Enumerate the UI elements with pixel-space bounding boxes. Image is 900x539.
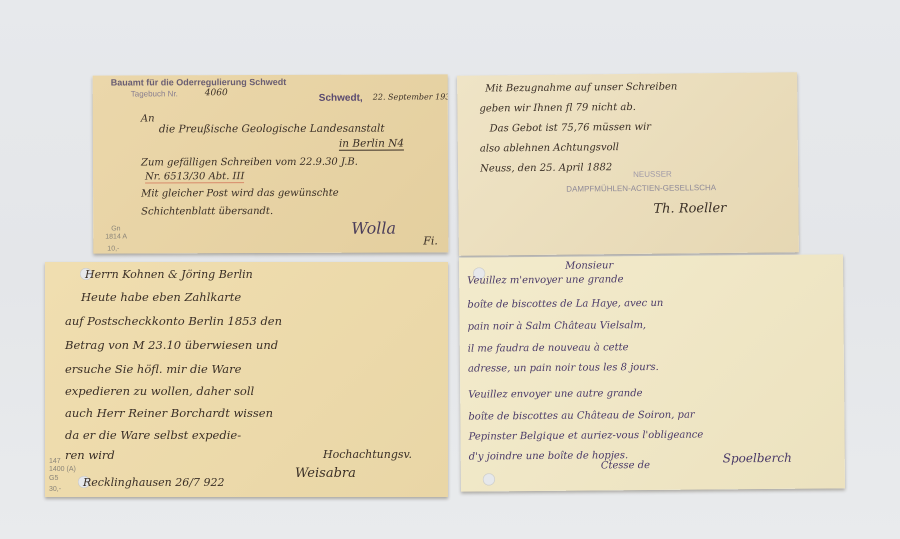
pencil-note: 1400 (A) — [49, 466, 76, 473]
punch-hole — [483, 473, 495, 485]
place-stamp: Schwedt, — [319, 93, 363, 104]
letter-line: die Preußische Geologische Landesanstalt — [159, 123, 385, 136]
letter-line: Neuss, den 25. April 1882 — [480, 162, 612, 174]
pencil-note: 147 — [49, 458, 61, 465]
letter-line: Pepinster Belgique et auriez-vous l'obli… — [469, 430, 704, 443]
letter-line: Herrn Kohnen & Jöring Berlin — [85, 268, 253, 281]
signature-prefix: Ctesse de — [601, 460, 650, 471]
tagebuch-number: 4060 — [205, 88, 228, 98]
letter-line: da er die Ware selbst expedie- — [65, 428, 241, 442]
letter-line: also ablehnen Achtungsvoll — [480, 142, 619, 154]
postcard-schwedt: Bauamt für die Oderregulierung Schwedt T… — [93, 74, 449, 253]
letter-line: il me faudra de nouveau à cette — [468, 342, 629, 354]
company-stamp-line2: DAMPFMÜHLEN-ACTIEN-GESELLSCHA — [566, 183, 716, 194]
letter-line: auch Herr Reiner Borchardt wissen — [65, 406, 273, 420]
pencil-note: Gn — [111, 226, 120, 233]
letter-line: An — [141, 113, 155, 124]
pencil-note: G5 — [49, 475, 58, 482]
signature: Th. Roeller — [653, 201, 726, 217]
letter-line: Betrag von M 23.10 überwiesen und — [65, 338, 278, 352]
postcard-spoelberch: Monsieur Veuillez m'envoyer une grande b… — [459, 254, 845, 491]
letter-line: Heute habe eben Zahlkarte — [81, 290, 241, 304]
letter-line: ren wird — [65, 448, 115, 462]
signature: Wolla — [351, 219, 396, 238]
letter-line: Nr. 6513/30 Abt. III — [145, 171, 244, 183]
signature: Spoelberch — [723, 451, 792, 466]
letter-line: expedieren zu wollen, daher soll — [65, 384, 254, 398]
postcard-recklinghausen: Herrn Kohnen & Jöring Berlin Heute habe … — [45, 262, 448, 497]
pencil-note: 30,- — [49, 486, 61, 493]
letter-line: Das Gebot ist 75,76 müssen wir — [490, 122, 652, 135]
letter-line: boîte de biscottes de La Haye, avec un — [467, 298, 663, 311]
office-stamp: Bauamt für die Oderregulierung Schwedt — [111, 77, 287, 88]
closing: Hochachtungsv. — [323, 448, 412, 461]
letter-line: geben wir Ihnen fl 79 nicht ab. — [479, 102, 636, 115]
tagebuch-label: Tagebuch Nr. — [131, 89, 178, 98]
pencil-note: 10,- — [107, 246, 119, 253]
letter-line: adresse, un pain noir tous les 8 jours. — [468, 362, 659, 375]
letter-line: Mit gleicher Post wird das gewünschte — [141, 188, 339, 200]
letter-line: Zum gefälligen Schreiben vom 22.9.30 J.B… — [141, 157, 358, 169]
letter-line: in Berlin N4 — [339, 138, 404, 151]
letter-line: ersuche Sie höfl. mir die Ware — [65, 362, 241, 376]
company-stamp-line1: NEUSSER — [633, 170, 672, 179]
signature: Weisabra — [295, 466, 356, 481]
letter-line: Mit Bezugnahme auf unser Schreiben — [485, 81, 677, 94]
letter-line: auf Postscheckkonto Berlin 1853 den — [65, 314, 282, 328]
place-date: Recklinghausen 26/7 922 — [83, 476, 224, 489]
letter-line: Veuillez m'envoyer une grande — [467, 274, 623, 286]
postcard-neuss: Mit Bezugnahme auf unser Schreiben geben… — [457, 72, 799, 256]
greeting: Monsieur — [565, 260, 613, 271]
letter-line: pain noir à Salm Château Vielsalm, — [468, 320, 647, 333]
letter-line: Schichtenblatt übersandt. — [141, 206, 273, 217]
date-handwritten: 22. September 1930 — [373, 92, 449, 101]
initials: Fi. — [423, 234, 438, 247]
letter-line: Veuillez envoyer une autre grande — [468, 388, 642, 401]
pencil-note: 1814 A — [105, 234, 127, 241]
letter-line: boîte de biscottes au Château de Soiron,… — [468, 410, 694, 423]
